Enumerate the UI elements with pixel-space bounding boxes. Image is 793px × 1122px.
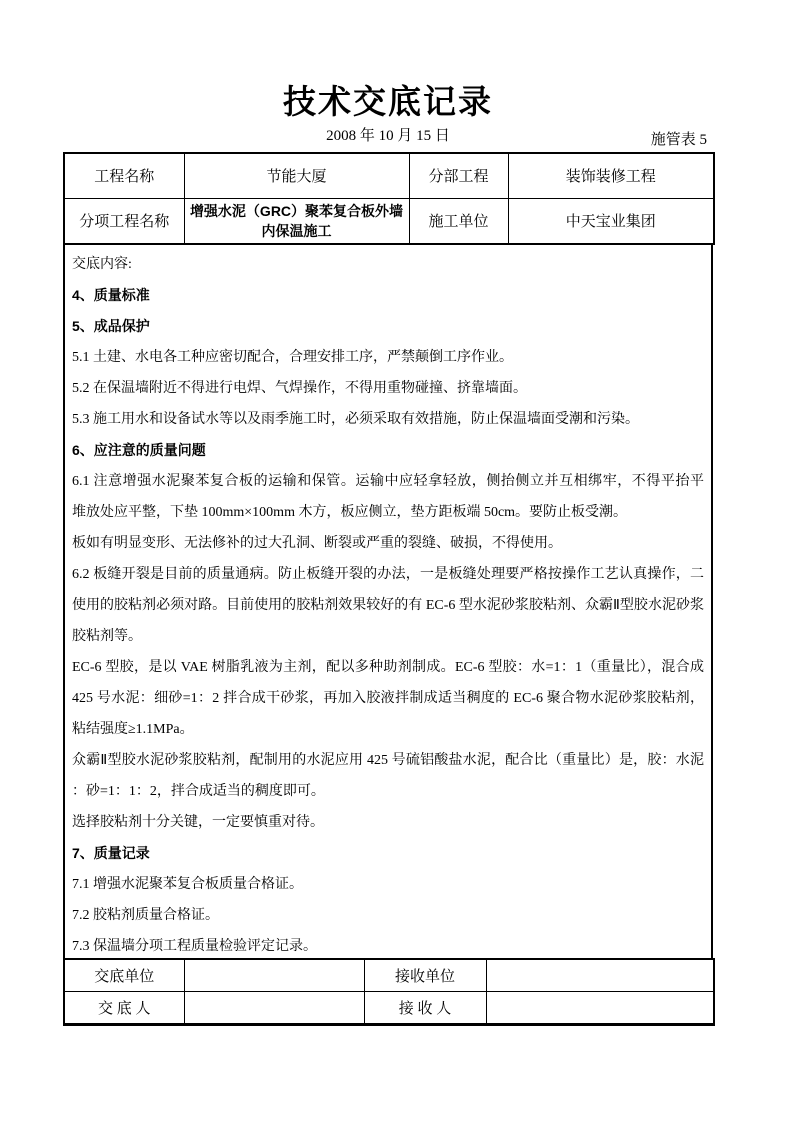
construction-unit-value: 中天宝业集团 bbox=[508, 198, 714, 244]
content-line: 425 号水泥：细砂=1：2 拌合成干砂浆，再加入胶液拌制成适当稠度的 EC-6… bbox=[72, 683, 704, 714]
content-line: 堆放处应平整，下垫 100mm×100mm 木方，板应侧立，垫方距板端 50cm… bbox=[72, 497, 704, 528]
form-number: 施管表 5 bbox=[651, 128, 707, 149]
document-page: 技术交底记录 2008 年 10 月 15 日 施管表 5 工程名称 节能大厦 … bbox=[0, 0, 793, 1122]
disclosure-content-box: 交底内容:4、质量标准5、成品保护5.1 土建、水电各工种应密切配合，合理安排工… bbox=[63, 245, 713, 958]
content-line: 5.1 土建、水电各工种应密切配合，合理安排工序，严禁颠倒工序作业。 bbox=[72, 342, 704, 373]
content-line: 5.2 在保温墙附近不得进行电焊、气焊操作，不得用重物碰撞、挤靠墙面。 bbox=[72, 373, 704, 404]
content-line: 胶粘剂等。 bbox=[72, 621, 704, 652]
table-row: 交底单位 接收单位 bbox=[64, 959, 714, 992]
content-lines: 交底内容:4、质量标准5、成品保护5.1 土建、水电各工种应密切配合，合理安排工… bbox=[72, 249, 704, 958]
sub-project-value: 增强水泥（GRC）聚苯复合板外墙内保温施工 bbox=[184, 198, 409, 244]
content-line: 7.3 保温墙分项工程质量检验评定记录。 bbox=[72, 931, 704, 958]
content-line: 7、质量记录 bbox=[72, 838, 704, 869]
sub-project-label: 分项工程名称 bbox=[64, 198, 184, 244]
project-name-label: 工程名称 bbox=[64, 153, 184, 198]
content-line: 使用的胶粘剂必须对路。目前使用的胶粘剂效果较好的有 EC-6 型水泥砂浆胶粘剂、… bbox=[72, 590, 704, 621]
content-line: 众霸Ⅱ型胶水泥砂浆胶粘剂，配制用的水泥应用 425 号硫铝酸盐水泥，配合比（重量… bbox=[72, 745, 704, 776]
table-row: 交 底 人 接 收 人 bbox=[64, 992, 714, 1025]
disclosure-unit-label: 交底单位 bbox=[64, 959, 184, 992]
content-line: 5.3 施工用水和设备试水等以及雨季施工时，必须采取有效措施，防止保温墙面受潮和… bbox=[72, 404, 704, 435]
project-name-value: 节能大厦 bbox=[184, 153, 409, 198]
receiver-value bbox=[486, 992, 714, 1025]
form-sheet: 技术交底记录 2008 年 10 月 15 日 施管表 5 工程名称 节能大厦 … bbox=[63, 82, 713, 1026]
discloser-value bbox=[184, 992, 364, 1025]
disclosure-unit-value bbox=[184, 959, 364, 992]
content-line: EC-6 型胶，是以 VAE 树脂乳液为主剂，配以多种助剂制成。EC-6 型胶：… bbox=[72, 652, 704, 683]
content-line: 交底内容: bbox=[72, 249, 704, 280]
document-date: 2008 年 10 月 15 日 bbox=[63, 124, 713, 148]
content-line: 4、质量标准 bbox=[72, 280, 704, 311]
content-line: 板如有明显变形、无法修补的过大孔洞、断裂或严重的裂缝、破损，不得使用。 bbox=[72, 528, 704, 559]
receiver-label: 接 收 人 bbox=[364, 992, 486, 1025]
meta-row: 2008 年 10 月 15 日 施管表 5 bbox=[63, 124, 713, 152]
division-work-value: 装饰装修工程 bbox=[508, 153, 714, 198]
content-line: 6、应注意的质量问题 bbox=[72, 435, 704, 466]
content-line: 粘结强度≥1.1MPa。 bbox=[72, 714, 704, 745]
content-line: 7.2 胶粘剂质量合格证。 bbox=[72, 900, 704, 931]
document-title: 技术交底记录 bbox=[63, 82, 713, 122]
construction-unit-label: 施工单位 bbox=[409, 198, 508, 244]
division-work-label: 分部工程 bbox=[409, 153, 508, 198]
receiving-unit-value bbox=[486, 959, 714, 992]
content-line: 6.2 板缝开裂是目前的质量通病。防止板缝开裂的办法，一是板缝处理要严格按操作工… bbox=[72, 559, 704, 590]
content-line: 6.1 注意增强水泥聚苯复合板的运输和保管。运输中应轻拿轻放，侧抬侧立并互相绑牢… bbox=[72, 466, 704, 497]
table-row: 分项工程名称 增强水泥（GRC）聚苯复合板外墙内保温施工 施工单位 中天宝业集团 bbox=[64, 198, 714, 244]
project-info-table: 工程名称 节能大厦 分部工程 装饰装修工程 分项工程名称 增强水泥（GRC）聚苯… bbox=[63, 152, 715, 245]
content-line: 5、成品保护 bbox=[72, 311, 704, 342]
content-line: 选择胶粘剂十分关键，一定要慎重对待。 bbox=[72, 807, 704, 838]
content-line: 7.1 增强水泥聚苯复合板质量合格证。 bbox=[72, 869, 704, 900]
content-line: ：砂=1：1：2，拌合成适当的稠度即可。 bbox=[72, 776, 704, 807]
signature-table: 交底单位 接收单位 交 底 人 接 收 人 bbox=[63, 958, 715, 1027]
receiving-unit-label: 接收单位 bbox=[364, 959, 486, 992]
table-row: 工程名称 节能大厦 分部工程 装饰装修工程 bbox=[64, 153, 714, 198]
discloser-label: 交 底 人 bbox=[64, 992, 184, 1025]
